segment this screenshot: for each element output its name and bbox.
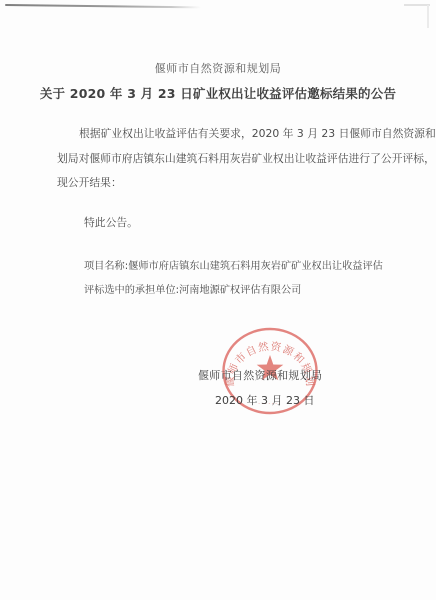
document-title: 关于 2020 年 3 月 23 日矿业权出让收益评估邀标结果的公告 (0, 84, 436, 102)
project-name-line: 项目名称:偃师市府店镇东山建筑石料用灰岩矿矿业权出让收益评估 (84, 255, 414, 279)
winner-unit-line: 评标选中的承担单位:河南地源矿权评估有限公司 (84, 279, 414, 303)
department-name: 偃师市自然资源和规划局 (0, 60, 436, 76)
signature-department: 偃师市自然资源和规划局 (198, 367, 322, 383)
scan-artifact-corner-vertical (427, 5, 429, 28)
scan-artifact-top-line (5, 4, 201, 8)
body-paragraph: 根据矿业权出让收益评估有关要求，2020 年 3 月 23 日偃师市自然资源和规… (57, 122, 397, 196)
result-block: 项目名称:偃师市府店镇东山建筑石料用灰岩矿矿业权出让收益评估 评标选中的承担单位… (84, 255, 414, 302)
body-line: 根据矿业权出让收益评估有关要求，2020 年 3 月 23 日偃师市自然资源和规 (57, 122, 397, 147)
notice-line: 特此公告。 (84, 215, 138, 230)
body-line: 划局对偃师市府店镇东山建筑石料用灰岩矿业权出让收益评估进行了公开评标， (57, 147, 397, 172)
scanned-document-page: 偃师市自然资源和规划局 关于 2020 年 3 月 23 日矿业权出让收益评估邀… (0, 0, 436, 600)
body-line: 现公开结果： (57, 171, 397, 196)
signature-date: 2020 年 3 月 23 日 (215, 392, 314, 408)
